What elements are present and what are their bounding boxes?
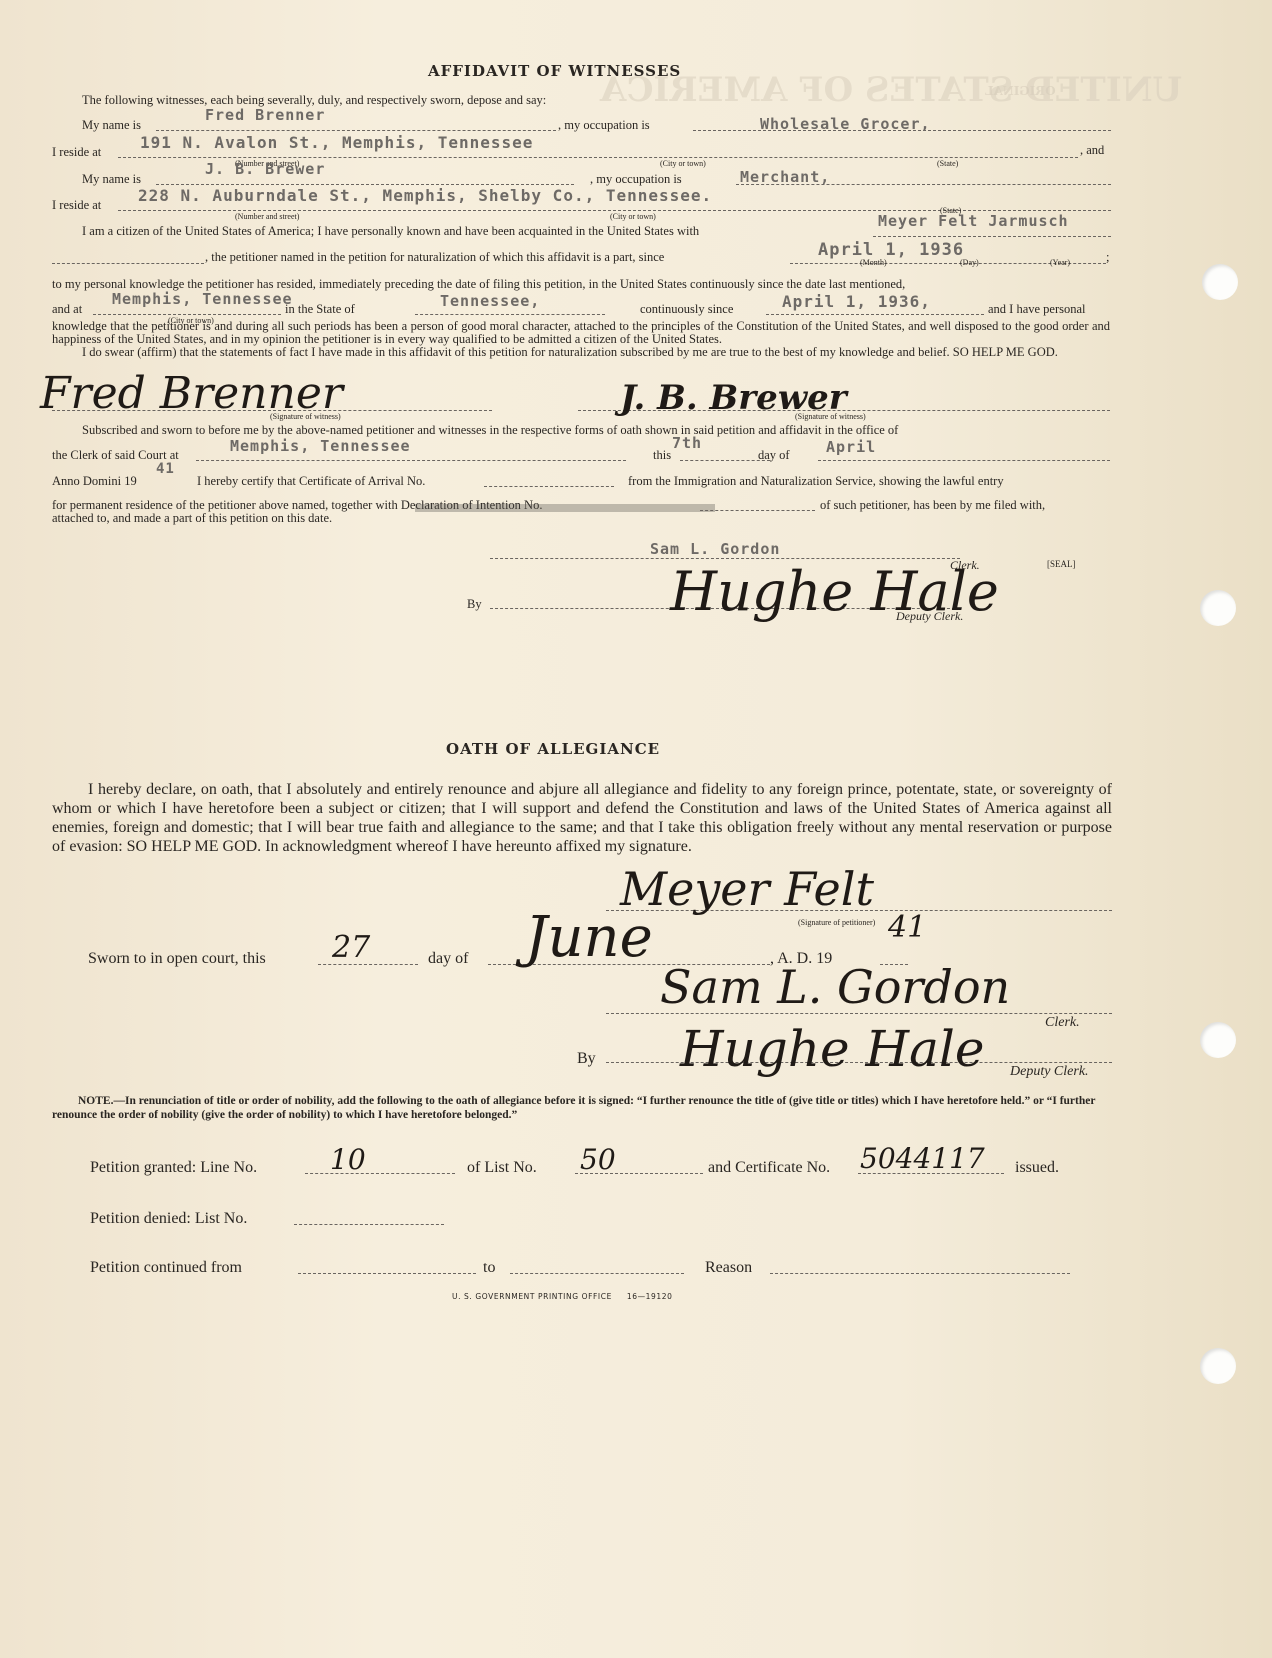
punch-hole	[1200, 1348, 1236, 1384]
witness2-name: J. B. Brewer	[205, 160, 325, 178]
label-day-of: day of	[758, 448, 790, 463]
label-by: By	[467, 597, 482, 612]
petitioner-name-line-cont	[52, 263, 204, 264]
month-line	[818, 460, 1110, 461]
label-petition-continued: Petition continued from	[90, 1259, 242, 1277]
witness1-occupation: Wholesale Grocer,	[760, 115, 931, 133]
label-in-state: in the State of	[285, 302, 355, 317]
bleed-through-header: UNITED STATES OF AMERICA	[600, 70, 1182, 110]
punch-hole	[1202, 264, 1238, 300]
denied-list-no-line	[294, 1224, 444, 1225]
caption-state: (State)	[937, 159, 958, 168]
continuous-date: April 1, 1936,	[782, 292, 931, 311]
affidavit-year: 41	[156, 461, 175, 477]
affidavit-day: 7th	[672, 434, 702, 452]
label-this: this	[653, 448, 671, 463]
sworn-text: Sworn to in open court, this	[88, 950, 266, 968]
affidavit-month: April	[826, 438, 876, 456]
label-certificate-no: and Certificate No.	[708, 1159, 830, 1177]
caption-signature-witness: (Signature of witness)	[270, 412, 341, 421]
court-location-line	[196, 460, 626, 461]
subscribed-text: Subscribed and sworn to before me by the…	[82, 423, 898, 438]
punch-hole	[1200, 1022, 1236, 1058]
caption-signature-petitioner: (Signature of petitioner)	[798, 918, 875, 927]
label-my-name: My name is	[82, 172, 141, 187]
city-resided: Memphis, Tennessee	[112, 290, 293, 308]
label-occupation: , my occupation is	[558, 118, 650, 133]
label-oath-by: By	[577, 1050, 596, 1068]
caption-number-street: (Number and street)	[235, 212, 299, 221]
declaration-no-line	[700, 510, 815, 511]
witness1-name-line	[156, 130, 556, 131]
oath-deputy-label: Deputy Clerk.	[1010, 1064, 1089, 1080]
label-reason: Reason	[705, 1259, 752, 1277]
bleed-through-original: ORIGINAL	[985, 84, 1056, 98]
state-resided: Tennessee,	[440, 292, 540, 310]
printer-imprint: U. S. GOVERNMENT PRINTING OFFICE 16—1912…	[452, 1292, 673, 1301]
arrival-no-line	[484, 486, 614, 487]
affidavit-title: AFFIDAVIT OF WITNESSES	[428, 62, 681, 80]
line-no-line	[305, 1173, 455, 1174]
continuous-date-line	[766, 314, 984, 315]
caption-city: (City or town)	[610, 212, 656, 221]
from-ins-text: from the Immigration and Naturalization …	[628, 474, 1004, 489]
witness1-address: 191 N. Avalon St., Memphis, Tennessee	[140, 133, 533, 152]
label-oath-day-of: day of	[428, 950, 468, 968]
caption-year: (Year)	[1050, 258, 1070, 267]
clerk-name-typed: Sam L. Gordon	[650, 540, 780, 558]
label-personal: and I have personal	[988, 302, 1086, 317]
seal-label: [SEAL]	[1047, 559, 1076, 569]
caption-city: (City or town)	[660, 159, 706, 168]
deputy-clerk-label: Deputy Clerk.	[896, 609, 963, 624]
label-my-name: My name is	[82, 118, 141, 133]
label-reside: I reside at	[52, 145, 101, 160]
list-no: 50	[580, 1143, 616, 1176]
witness2-address: 228 N. Auburndale St., Memphis, Shelby C…	[138, 186, 712, 205]
label-occupation: , my occupation is	[590, 172, 682, 187]
oath-title: OATH OF ALLEGIANCE	[446, 740, 660, 758]
witness2-name-line	[156, 184, 574, 185]
witness1-name: Fred Brenner	[205, 106, 325, 124]
label-petition-granted: Petition granted: Line No.	[90, 1159, 257, 1177]
label-to: to	[483, 1259, 495, 1277]
petitioner-name-line	[873, 236, 1111, 237]
label-issued: issued.	[1015, 1159, 1059, 1177]
caption-signature-witness: (Signature of witness)	[795, 412, 866, 421]
citizen-text: I am a citizen of the United States of A…	[82, 224, 699, 239]
oath-year: 41	[888, 910, 926, 945]
court-location: Memphis, Tennessee	[230, 437, 411, 455]
oath-clerk-signature: Sam L. Gordon	[660, 960, 1010, 1014]
document-page: UNITED STATES OF AMERICA ORIGINAL AFFIDA…	[0, 0, 1272, 1658]
character-text: knowledge that the petitioner is and dur…	[52, 320, 1110, 346]
such-petitioner-text: of such petitioner, has been by me filed…	[820, 498, 1045, 513]
witness2-occupation: Merchant,	[740, 168, 830, 186]
continued-from-line	[298, 1273, 476, 1274]
nobility-note: NOTE.—In renunciation of title or order …	[52, 1094, 1112, 1122]
clerk-line	[490, 558, 960, 559]
punch-hole	[1200, 590, 1236, 626]
city-resided-line	[93, 314, 281, 315]
line-no: 10	[330, 1143, 366, 1176]
label-and-at: and at	[52, 302, 82, 317]
strikeout-declaration	[415, 504, 715, 512]
day-line	[680, 460, 770, 461]
since-date: April 1, 1936	[818, 240, 964, 260]
label-of-list: of List No.	[467, 1159, 537, 1177]
petitioner-text: , the petitioner named in the petition f…	[205, 250, 664, 265]
label-and: , and	[1080, 143, 1104, 158]
attached-text: attached to, and made a part of this pet…	[52, 511, 332, 526]
label-reside: I reside at	[52, 198, 101, 213]
witness2-address-line	[118, 210, 1111, 211]
oath-deputy-signature: Hughe Hale	[680, 1020, 985, 1078]
petitioner-signature: Meyer Felt	[620, 862, 874, 916]
label-petition-denied: Petition denied: List No.	[90, 1210, 247, 1228]
oath-month: June	[525, 905, 653, 970]
petitioner-name: Meyer Felt Jarmusch	[878, 212, 1069, 230]
continued-to-line	[510, 1273, 684, 1274]
caption-month: (Month)	[860, 258, 887, 267]
oath-day: 27	[332, 930, 370, 965]
reason-line	[770, 1273, 1070, 1274]
oath-clerk-label: Clerk.	[1045, 1015, 1080, 1031]
oath-text: I hereby declare, on oath, that I absolu…	[52, 780, 1112, 856]
witness1-address-line	[118, 157, 1078, 158]
certify-text: I hereby certify that Certificate of Arr…	[197, 474, 425, 489]
certificate-no: 5044117	[860, 1142, 985, 1175]
label-anno-domini: Anno Domini 19	[52, 474, 137, 489]
caption-day: (Day)	[960, 258, 979, 267]
swear-text: I do swear (affirm) that the statements …	[52, 346, 1110, 359]
state-resided-line	[415, 314, 605, 315]
label-continuously: continuously since	[640, 302, 733, 317]
